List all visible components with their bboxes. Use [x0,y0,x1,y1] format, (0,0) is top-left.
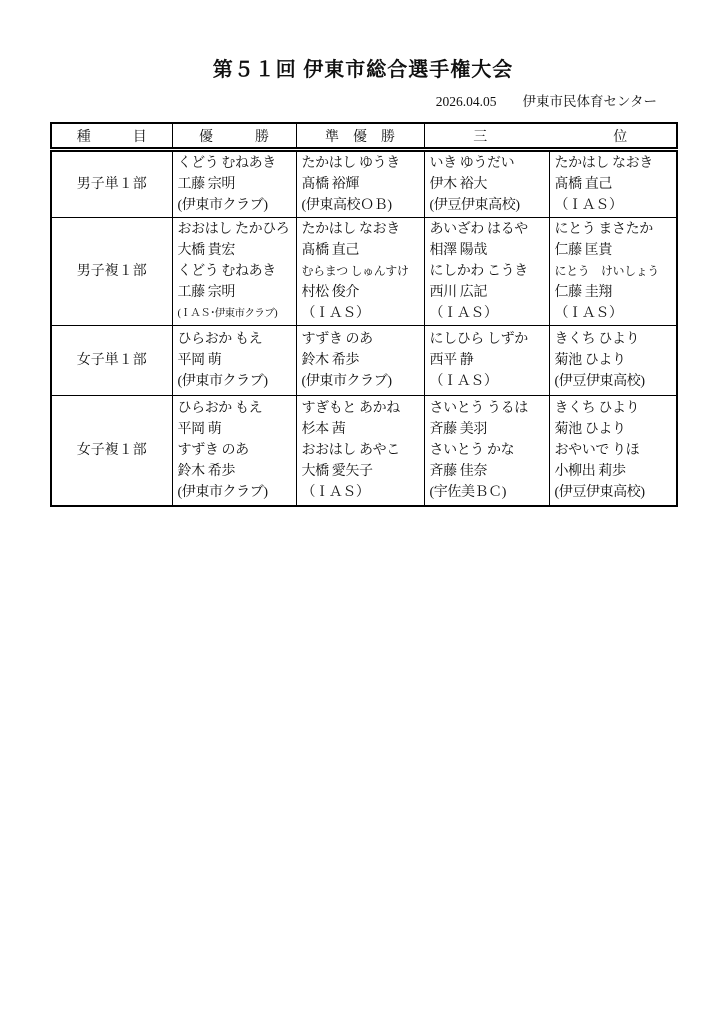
header-row: 種 目 優 勝 準 優 勝 三 位 [51,123,677,150]
third-place-cell-b: きくち ひより 菊池 ひより (伊豆伊東高校) [549,326,677,396]
name-line: 大橋 貴宏 [178,240,294,261]
name-line: 鈴木 希歩 [178,461,294,482]
table-body: 男子単１部 くどう むねあき 工藤 宗明 (伊東市クラブ) たかはし ゆうき 髙… [51,150,677,506]
kana-line: おおはし あやこ [302,440,422,461]
club-line: (宇佐美ＢＣ) [430,482,547,503]
name-line: 小柳出 莉歩 [555,461,675,482]
name-line: 髙橋 直己 [302,240,422,261]
name-line: 鈴木 希歩 [302,350,422,371]
event-cell: 男子複１部 [51,218,172,326]
club-line: （ＩＡＳ） [555,303,675,324]
document-content: 第５１回 伊東市総合選手権大会 2026.04.05 伊東市民体育センター 種 … [0,0,724,507]
club-line: （ＩＡＳ） [302,482,422,503]
third-place-cell-b: にとう まさたか 仁藤 匡貴 にとう けいしょう 仁藤 圭翔 （ＩＡＳ） [549,218,677,326]
table-row: 男子複１部 おおはし たかひろ 大橋 貴宏 くどう むねあき 工藤 宗明 (ＩＡ… [51,218,677,326]
col-header-runner-up: 準 優 勝 [296,123,424,150]
club-line: (伊東市クラブ) [302,371,422,392]
kana-line: くどう むねあき [178,261,294,282]
name-line: 村松 俊介 [302,282,422,303]
club-line: （ＩＡＳ） [430,303,547,324]
kana-line: おおはし たかひろ [178,219,294,240]
kana-line: すずき のあ [302,329,422,350]
kana-line: たかはし なおき [302,219,422,240]
name-line: 杉本 茜 [302,419,422,440]
name-line: 工藤 宗明 [178,174,294,195]
club-line: (伊豆伊東高校) [430,195,547,216]
champion-cell: おおはし たかひろ 大橋 貴宏 くどう むねあき 工藤 宗明 (ＩＡＳ･伊東市ク… [172,218,296,326]
results-table: 種 目 優 勝 準 優 勝 三 位 男子単１部 くどう むねあき 工藤 宗明 (… [50,122,678,507]
kana-line: おやいで りほ [555,440,675,461]
name-line: 西川 広記 [430,282,547,303]
club-line: （ＩＡＳ） [302,303,422,324]
event-cell: 女子複１部 [51,396,172,506]
club-line: (伊東市クラブ) [178,371,294,392]
document-page: 第５１回 伊東市総合選手権大会 2026.04.05 伊東市民体育センター 種 … [0,0,724,1024]
champion-cell: くどう むねあき 工藤 宗明 (伊東市クラブ) [172,150,296,218]
club-line: (伊東市クラブ) [178,482,294,503]
kana-line: たかはし ゆうき [302,153,422,174]
third-place-cell-b: たかはし なおき 髙橋 直己 （ＩＡＳ） [549,150,677,218]
name-line: 菊池 ひより [555,350,675,371]
club-line: (ＩＡＳ･伊東市クラブ) [178,303,294,324]
third-place-cell-a: さいとう うるは 斉藤 美羽 さいとう かな 斉藤 佳奈 (宇佐美ＢＣ) [424,396,549,506]
table-header: 種 目 優 勝 準 優 勝 三 位 [51,123,677,150]
club-line: (伊豆伊東高校) [555,371,675,392]
kana-line: にしひら しずか [430,329,547,350]
name-line: 髙橋 直己 [555,174,675,195]
name-line: 工藤 宗明 [178,282,294,303]
club-line: （ＩＡＳ） [555,195,675,216]
kana-line: すずき のあ [178,440,294,461]
name-line: 斉藤 佳奈 [430,461,547,482]
name-line: 髙橋 裕輝 [302,174,422,195]
kana-line: すぎもと あかね [302,398,422,419]
name-line: 仁藤 匡貴 [555,240,675,261]
name-line: 斉藤 美羽 [430,419,547,440]
date-venue-line: 2026.04.05 伊東市民体育センター [50,92,676,111]
col-header-third-place: 三 位 [424,123,677,150]
event-cell: 女子単１部 [51,326,172,396]
third-place-cell-a: いき ゆうだい 伊木 裕大 (伊豆伊東高校) [424,150,549,218]
third-place-cell-a: あいざわ はるや 相澤 陽哉 にしかわ こうき 西川 広記 （ＩＡＳ） [424,218,549,326]
runner-up-cell: すずき のあ 鈴木 希歩 (伊東市クラブ) [296,326,424,396]
page-title: 第５１回 伊東市総合選手権大会 [50,57,676,83]
kana-line: きくち ひより [555,329,675,350]
club-line: （ＩＡＳ） [430,371,547,392]
club-line: (伊東高校ＯＢ) [302,195,422,216]
club-line: (伊豆伊東高校) [555,482,675,503]
kana-line: あいざわ はるや [430,219,547,240]
kana-line: きくち ひより [555,398,675,419]
club-line: (伊東市クラブ) [178,195,294,216]
col-header-champion: 優 勝 [172,123,296,150]
third-place-cell-b: きくち ひより 菊池 ひより おやいで りほ 小柳出 莉歩 (伊豆伊東高校) [549,396,677,506]
name-line: 平岡 萌 [178,419,294,440]
name-line: 平岡 萌 [178,350,294,371]
name-line: 伊木 裕大 [430,174,547,195]
name-line: 大橋 愛矢子 [302,461,422,482]
kana-line: にとう けいしょう [555,261,675,282]
runner-up-cell: すぎもと あかね 杉本 茜 おおはし あやこ 大橋 愛矢子 （ＩＡＳ） [296,396,424,506]
kana-line: さいとう かな [430,440,547,461]
runner-up-cell: たかはし なおき 髙橋 直己 むらまつ しゅんすけ 村松 俊介 （ＩＡＳ） [296,218,424,326]
kana-line: さいとう うるは [430,398,547,419]
table-row: 女子単１部 ひらおか もえ 平岡 萌 (伊東市クラブ) すずき のあ 鈴木 希歩… [51,326,677,396]
runner-up-cell: たかはし ゆうき 髙橋 裕輝 (伊東高校ＯＢ) [296,150,424,218]
kana-line: ひらおか もえ [178,329,294,350]
kana-line: ひらおか もえ [178,398,294,419]
event-cell: 男子単１部 [51,150,172,218]
table-row: 男子単１部 くどう むねあき 工藤 宗明 (伊東市クラブ) たかはし ゆうき 髙… [51,150,677,218]
name-line: 西平 静 [430,350,547,371]
kana-line: いき ゆうだい [430,153,547,174]
kana-line: にとう まさたか [555,219,675,240]
name-line: 相澤 陽哉 [430,240,547,261]
kana-line: たかはし なおき [555,153,675,174]
kana-line: にしかわ こうき [430,261,547,282]
kana-line: むらまつ しゅんすけ [302,261,422,282]
kana-line: くどう むねあき [178,153,294,174]
third-place-cell-a: にしひら しずか 西平 静 （ＩＡＳ） [424,326,549,396]
champion-cell: ひらおか もえ 平岡 萌 すずき のあ 鈴木 希歩 (伊東市クラブ) [172,396,296,506]
table-row: 女子複１部 ひらおか もえ 平岡 萌 すずき のあ 鈴木 希歩 (伊東市クラブ)… [51,396,677,506]
name-line: 仁藤 圭翔 [555,282,675,303]
event-date: 2026.04.05 [436,92,497,111]
name-line: 菊池 ひより [555,419,675,440]
col-header-event: 種 目 [51,123,172,150]
champion-cell: ひらおか もえ 平岡 萌 (伊東市クラブ) [172,326,296,396]
venue-name: 伊東市民体育センター [523,92,657,111]
